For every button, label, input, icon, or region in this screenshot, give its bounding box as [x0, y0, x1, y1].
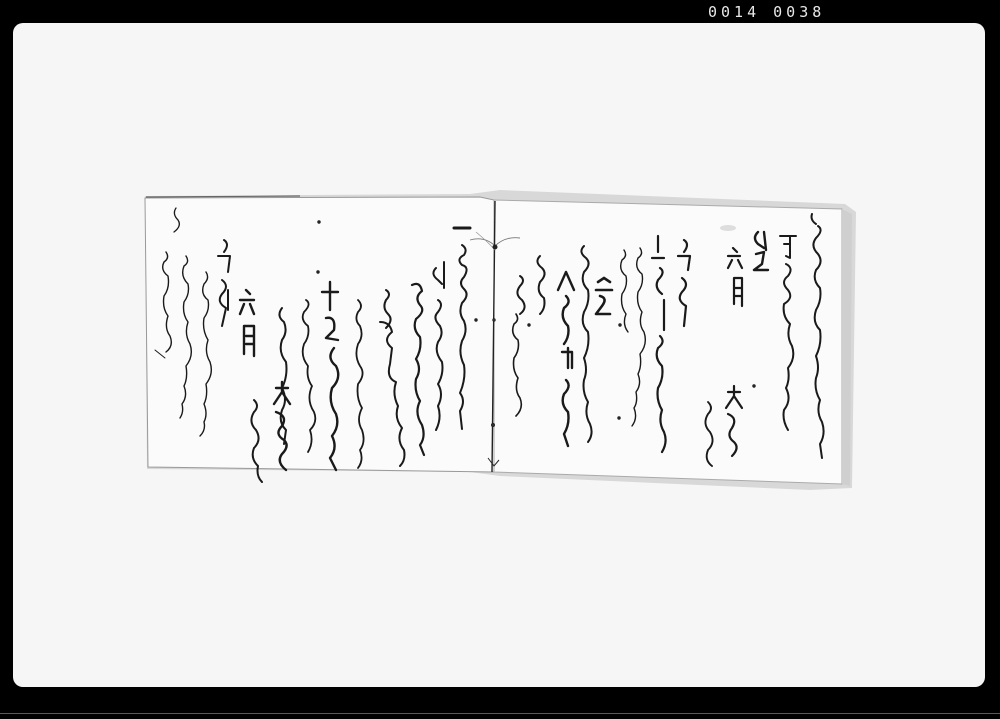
- booklet-drawing: [0, 0, 1000, 719]
- open-booklet: [0, 0, 1000, 719]
